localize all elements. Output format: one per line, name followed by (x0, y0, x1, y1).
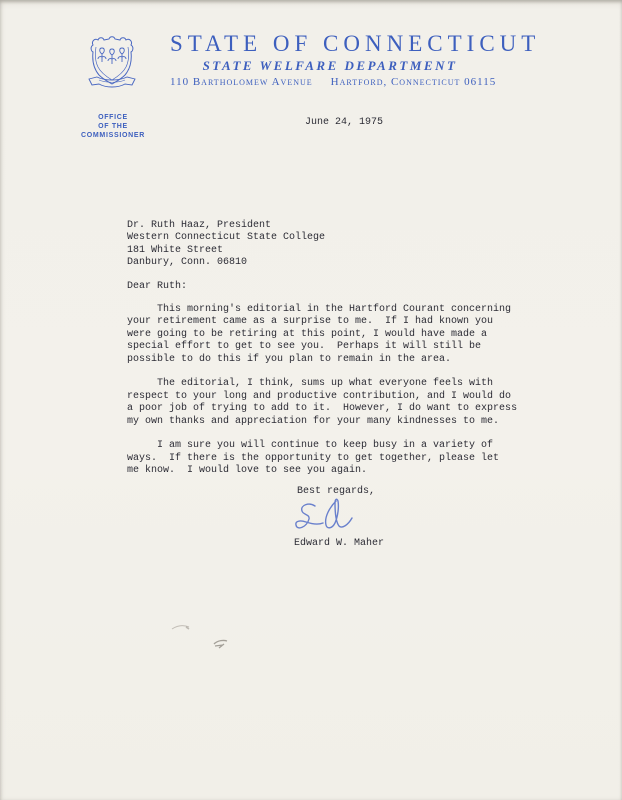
letterhead: STATE OF CONNECTICUT STATE WELFARE DEPAR… (170, 31, 490, 89)
connecticut-coat-of-arms-icon (85, 35, 139, 99)
paragraph-1: This morning's editorial in the Hartford… (127, 304, 517, 366)
handwritten-signature-ed (290, 498, 356, 540)
paragraph-2: The editorial, I think, sums up what eve… (127, 378, 517, 428)
office-line-2: OF THE (63, 122, 163, 131)
letter-date: June 24, 1975 (305, 117, 383, 129)
letter-page: OFFICE OF THE COMMISSIONER STATE OF CONN… (0, 0, 622, 800)
letterhead-subtitle: STATE WELFARE DEPARTMENT (170, 58, 490, 74)
letterhead-address: 110 Bartholomew AvenueHartford, Connecti… (170, 76, 490, 89)
closing: Best regards, (297, 486, 375, 498)
letterhead-street: 110 Bartholomew Avenue (170, 76, 313, 88)
letter-body: This morning's editorial in the Hartford… (127, 304, 517, 490)
paragraph-3: I am sure you will continue to keep busy… (127, 440, 517, 477)
office-line-3: COMMISSIONER (63, 131, 163, 140)
office-of-commissioner-label: OFFICE OF THE COMMISSIONER (63, 113, 163, 140)
salutation: Dear Ruth: (127, 281, 187, 293)
typed-signature-name: Edward W. Maher (294, 538, 384, 550)
letterhead-city: Hartford, Connecticut 06115 (331, 76, 497, 88)
office-line-1: OFFICE (63, 113, 163, 122)
recipient-address: Dr. Ruth Haaz, President Western Connect… (127, 220, 325, 270)
letterhead-title: STATE OF CONNECTICUT (170, 31, 490, 56)
